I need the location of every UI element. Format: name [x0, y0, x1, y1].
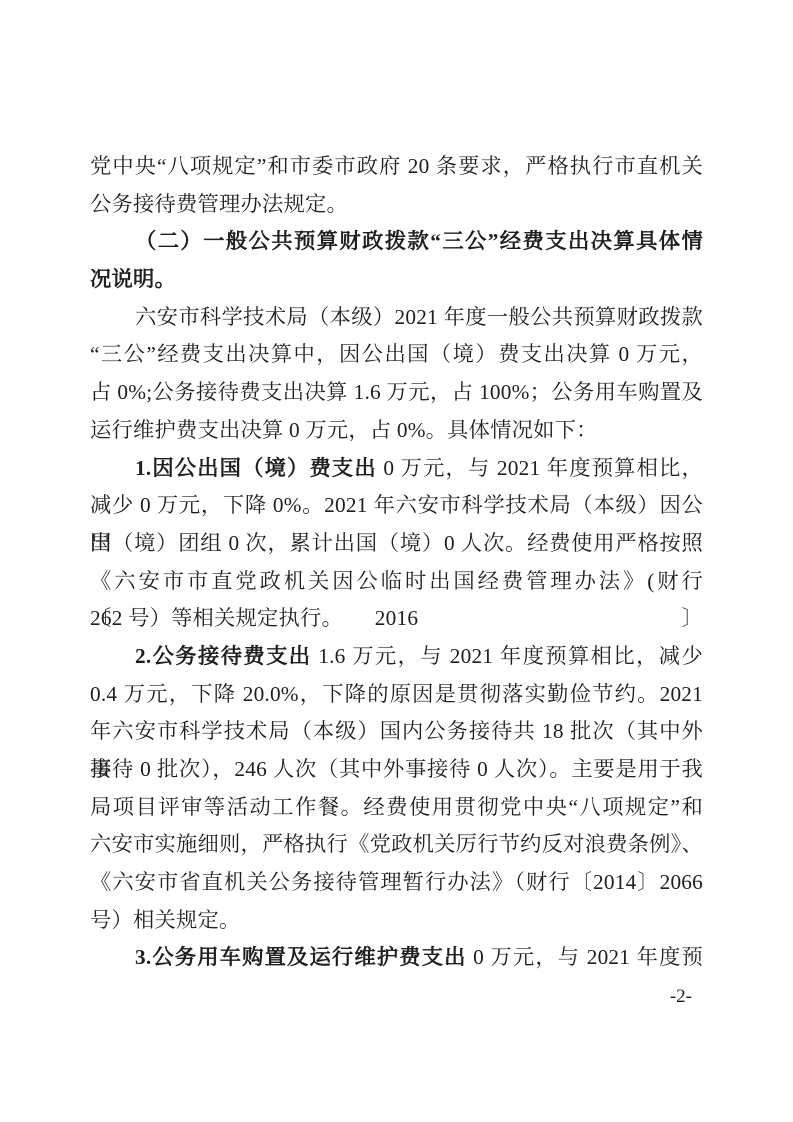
text-run: “三公”经费支出决算中，因公出国（境）费支出决算 0 万元， [90, 342, 703, 366]
body-text-line: 年六安市科学技术局（本级）国内公务接待共 18 批次（其中外事 [90, 713, 703, 751]
body-text-line: 运行维护费支出决算 0 万元，占 0%。具体情况如下： [90, 412, 703, 450]
text-run: 号）相关规定。 [90, 908, 240, 932]
text-run: 国（境）团组 0 次，累计出国（境）0 人次。经费使用严格按照 [90, 531, 703, 555]
text-run: 占 0%;公务接待费支出决算 1.6 万元，占 100%；公务用车购置及 [90, 380, 703, 404]
body-text-line: 公务接待费管理办法规定。 [90, 186, 703, 224]
text-run: 0.4 万元，下降 20.0%，下降的原因是贯彻落实勤俭节约。2021 [90, 682, 703, 706]
body-text-line: 《六安市省直机关公务接待管理暂行办法》（财行〔2014〕2066 [90, 864, 703, 902]
bold-text-run: 2.公务接待费支出 [135, 644, 312, 668]
section-heading-line: （二）一般公共预算财政拨款“三公”经费支出决算具体情 [90, 223, 703, 261]
text-run: 262 号）等相关规定执行。 [90, 606, 343, 630]
text-run: 0 万元，与 2021 年度预算相比， [377, 456, 703, 480]
text-run: 运行维护费支出决算 0 万元，占 0%。具体情况如下： [90, 418, 598, 442]
numbered-item-line: 1.因公出国（境）费支出 0 万元，与 2021 年度预算相比， [90, 450, 703, 488]
body-text-line: 《六安市市直党政机关因公临时出国经费管理办法》(财行〔2016〕 [90, 563, 703, 601]
body-text-line: 党中央“八项规定”和市委市政府 20 条要求，严格执行市直机关 [90, 148, 703, 186]
numbered-item-line: 3.公务用车购置及运行维护费支出 0 万元，与 2021 年度预 [90, 939, 703, 977]
text-run: 党中央“八项规定”和市委市政府 20 条要求，严格执行市直机关 [90, 154, 703, 178]
body-text-line: 占 0%;公务接待费支出决算 1.6 万元，占 100%；公务用车购置及 [90, 374, 703, 412]
text-run: 局项目评审等活动工作餐。经费使用贯彻党中央“八项规定”和 [90, 795, 703, 819]
text-run: 六安市实施细则，严格执行《党政机关厉行节约反对浪费条例》、 [90, 832, 703, 856]
text-run: 《六安市省直机关公务接待管理暂行办法》（财行〔2014〕2066 [90, 870, 703, 894]
page-number: -2- [90, 978, 703, 1016]
body-text-line: 减少 0 万元，下降 0%。2021 年六安市科学技术局（本级）因公出 [90, 487, 703, 525]
text-run: 1.6 万元，与 2021 年度预算相比，减少 [312, 644, 703, 668]
body-text-line: 六安市实施细则，严格执行《党政机关厉行节约反对浪费条例》、 [90, 826, 703, 864]
text-run: 六安市科学技术局（本级）2021 年度一般公共预算财政拨款 [135, 305, 703, 329]
body-text-line: 接待 0 批次），246 人次（其中外事接待 0 人次）。主要是用于我 [90, 751, 703, 789]
body-text-line: 六安市科学技术局（本级）2021 年度一般公共预算财政拨款 [90, 299, 703, 337]
numbered-item-line: 2.公务接待费支出 1.6 万元，与 2021 年度预算相比，减少 [90, 638, 703, 676]
page-number-text: -2- [670, 978, 692, 1016]
text-run: 公务接待费管理办法规定。 [90, 192, 348, 216]
bold-text-run: 1.因公出国（境）费支出 [135, 456, 377, 480]
text-run: 接待 0 批次），246 人次（其中外事接待 0 人次）。主要是用于我 [90, 757, 703, 781]
bold-text-run: 3.公务用车购置及运行维护费支出 [135, 945, 467, 969]
body-text-line: 局项目评审等活动工作餐。经费使用贯彻党中央“八项规定”和 [90, 789, 703, 827]
body-text-line: 0.4 万元，下降 20.0%，下降的原因是贯彻落实勤俭节约。2021 [90, 676, 703, 714]
body-text-line: 国（境）团组 0 次，累计出国（境）0 人次。经费使用严格按照 [90, 525, 703, 563]
document-page: 党中央“八项规定”和市委市政府 20 条要求，严格执行市直机关 公务接待费管理办… [0, 0, 793, 1122]
section-heading-line: 况说明。 [90, 261, 703, 299]
body-text-line: “三公”经费支出决算中，因公出国（境）费支出决算 0 万元， [90, 336, 703, 374]
text-run: 0 万元，与 2021 年度预 [467, 945, 703, 969]
body-text-line: 号）相关规定。 [90, 902, 703, 940]
document-body: 党中央“八项规定”和市委市政府 20 条要求，严格执行市直机关 公务接待费管理办… [90, 148, 703, 977]
bold-text-run: 况说明。 [90, 267, 176, 291]
bold-text-run: （二）一般公共预算财政拨款“三公”经费支出决算具体情 [135, 229, 703, 253]
